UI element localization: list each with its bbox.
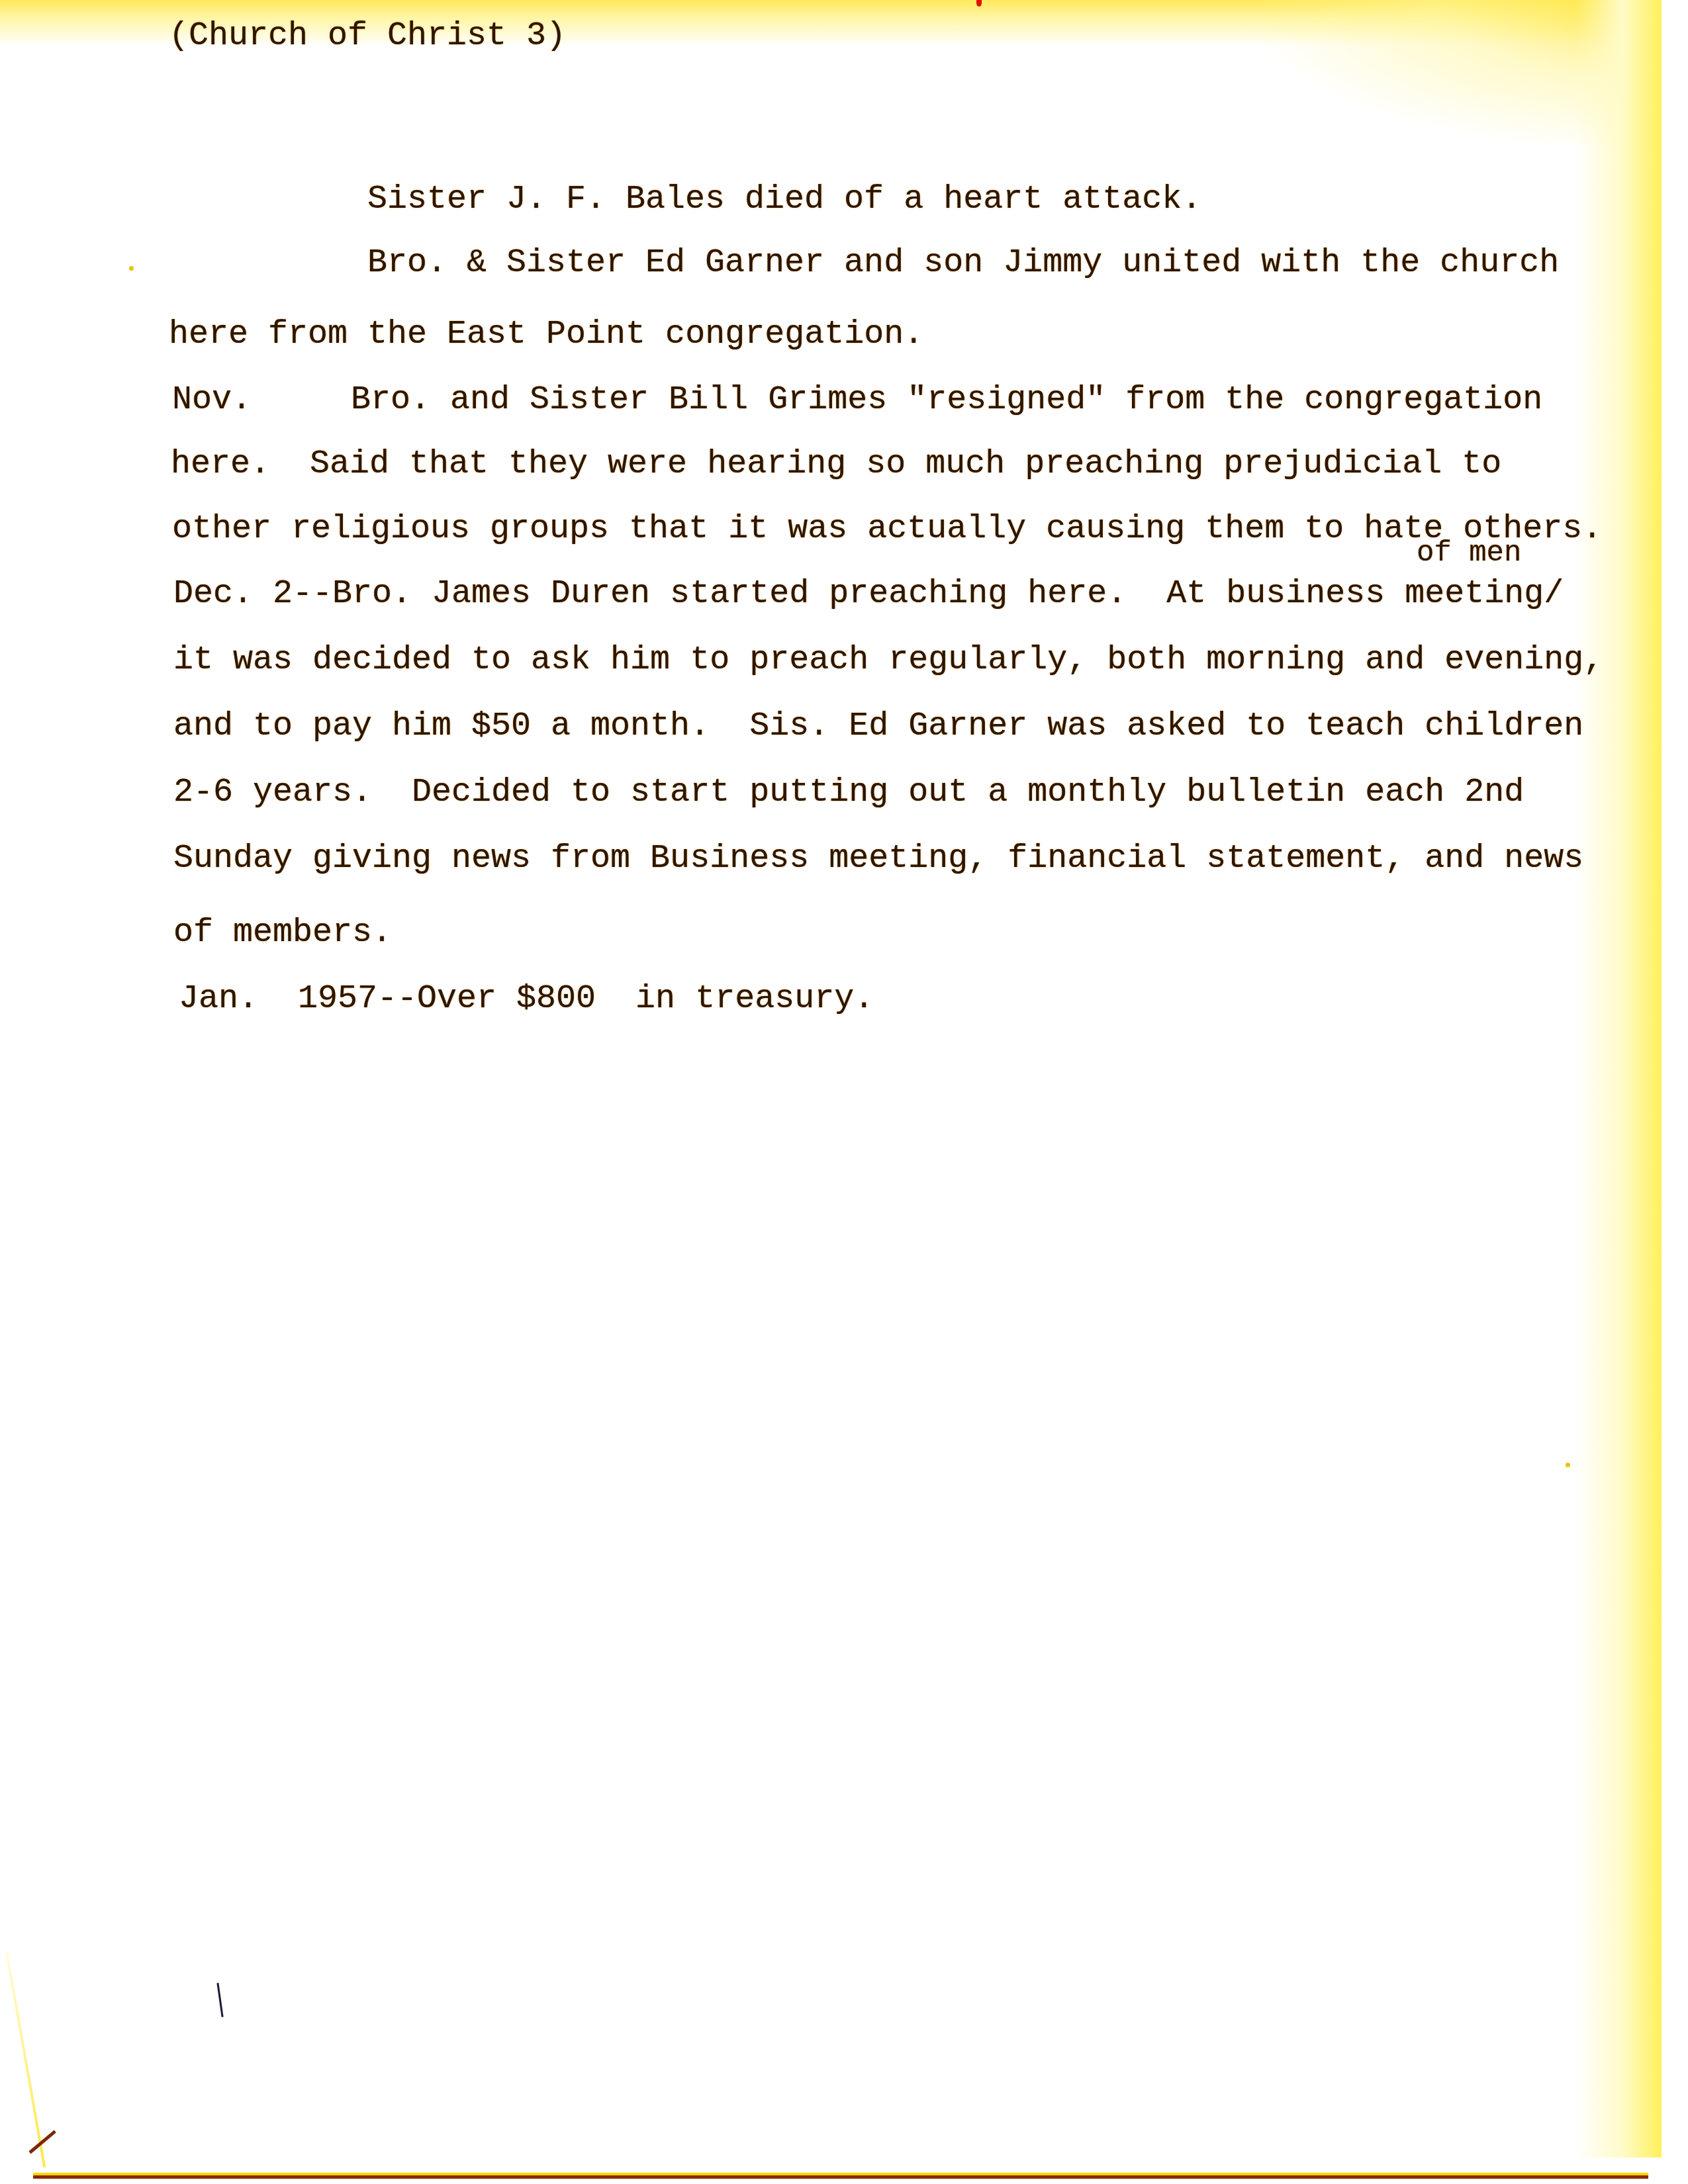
- text-line: Dec. 2--Bro. James Duren started preachi…: [173, 574, 1564, 614]
- text-line: other religious groups that it was actua…: [172, 510, 1602, 549]
- text-line: of members.: [173, 913, 392, 953]
- pen-stroke-mark: [216, 1983, 223, 2017]
- text-line: Sister J. F. Bales died of a heart attac…: [367, 180, 1201, 220]
- text-line: Jan. 1957--Over $800 in treasury.: [179, 979, 874, 1019]
- text-line: it was decided to ask him to preach regu…: [173, 641, 1603, 680]
- text-line: Sunday giving news from Business meeting…: [173, 839, 1583, 879]
- paper-edge-left: [5, 1952, 46, 2167]
- scan-margin: [1662, 0, 1688, 2184]
- speck-mark: [129, 266, 134, 271]
- text-line: Bro. & Sister Ed Garner and son Jimmy un…: [367, 244, 1559, 283]
- red-speck-mark: [976, 0, 982, 7]
- speck-mark: [1566, 1463, 1570, 1467]
- text-line: 2-6 years. Decided to start putting out …: [173, 773, 1524, 813]
- paper-edge-bottom: [33, 2173, 1648, 2179]
- text-line: Nov. Bro. and Sister Bill Grimes "resign…: [172, 381, 1542, 420]
- document-page: (Church of Christ 3) Sister J. F. Bales …: [0, 0, 1688, 2184]
- text-line: here. Said that they were hearing so muc…: [171, 445, 1501, 484]
- text-line: and to pay him $50 a month. Sis. Ed Garn…: [173, 707, 1583, 747]
- text-line: here from the East Point congregation.: [169, 315, 923, 355]
- handwritten-insertion: of men: [1417, 533, 1521, 573]
- page-header: (Church of Christ 3): [169, 17, 566, 56]
- paper-aging-right: [1575, 0, 1662, 2158]
